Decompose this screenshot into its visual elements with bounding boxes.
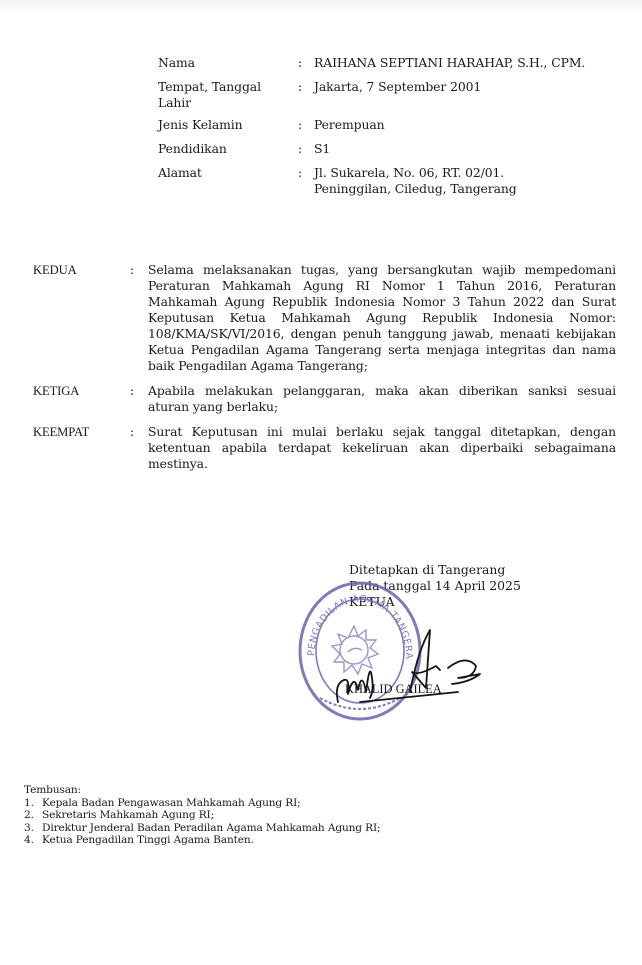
identity-label: Nama xyxy=(158,55,298,71)
list-item: 2. Sekretaris Mahkamah Agung RI; xyxy=(24,809,380,822)
clause-kedua: KEDUA : Selama melaksanakan tugas, yang … xyxy=(33,262,616,374)
signature-place: Ditetapkan di Tangerang xyxy=(349,562,609,578)
list-item: 1. Kepala Badan Pengawasan Mahkamah Agun… xyxy=(24,797,380,810)
identity-label: Jenis Kelamin xyxy=(158,117,298,133)
list-text: Kepala Badan Pengawasan Mahkamah Agung R… xyxy=(42,797,301,810)
list-item: 3. Direktur Jenderal Badan Peradilan Aga… xyxy=(24,822,380,835)
identity-label: Alamat xyxy=(158,165,298,197)
signer-name: KHALID GAILEA xyxy=(345,682,442,697)
signature-scribble-icon xyxy=(330,620,500,720)
clause-text: Apabila melakukan pelanggaran, maka akan… xyxy=(148,383,616,415)
clause-text: Selama melaksanakan tugas, yang bersangk… xyxy=(148,262,616,374)
clause-separator: : xyxy=(130,262,148,374)
identity-row-alamat: Alamat : Jl. Sukarela, No. 06, RT. 02/01… xyxy=(158,165,598,197)
identity-value: Jakarta, 7 September 2001 xyxy=(314,79,598,111)
list-number: 3. xyxy=(24,822,42,835)
clause-key: KEDUA xyxy=(33,262,130,374)
decision-clauses: KEDUA : Selama melaksanakan tugas, yang … xyxy=(33,262,616,481)
identity-row-jenis-kelamin: Jenis Kelamin : Perempuan xyxy=(158,117,598,133)
list-text: Ketua Pengadilan Tinggi Agama Banten. xyxy=(42,834,254,847)
list-text: Direktur Jenderal Badan Peradilan Agama … xyxy=(42,822,380,835)
identity-value: Jl. Sukarela, No. 06, RT. 02/01. Peningg… xyxy=(314,165,549,197)
list-number: 1. xyxy=(24,797,42,810)
clause-separator: : xyxy=(130,424,148,472)
list-item: 4. Ketua Pengadilan Tinggi Agama Banten. xyxy=(24,834,380,847)
list-number: 2. xyxy=(24,809,42,822)
clause-key: KEEMPAT xyxy=(33,424,130,472)
tembusan-list: 1. Kepala Badan Pengawasan Mahkamah Agun… xyxy=(24,797,380,847)
identity-value: S1 xyxy=(314,141,598,157)
identity-label: Tempat, Tanggal Lahir xyxy=(158,79,286,111)
identity-separator: : xyxy=(298,141,314,157)
clause-separator: : xyxy=(130,383,148,415)
identity-value: Perempuan xyxy=(314,117,598,133)
clause-key: KETIGA xyxy=(33,383,130,415)
identity-row-ttl: Tempat, Tanggal Lahir : Jakarta, 7 Septe… xyxy=(158,79,598,111)
tembusan-block: Tembusan: 1. Kepala Badan Pengawasan Mah… xyxy=(24,784,380,847)
clause-ketiga: KETIGA : Apabila melakukan pelanggaran, … xyxy=(33,383,616,415)
list-text: Sekretaris Mahkamah Agung RI; xyxy=(42,809,214,822)
identity-separator: : xyxy=(298,165,314,197)
identity-separator: : xyxy=(298,79,314,111)
identity-block: Nama : RAIHANA SEPTIANI HARAHAP, S.H., C… xyxy=(158,55,598,197)
identity-separator: : xyxy=(298,55,314,71)
identity-label: Pendidikan xyxy=(158,141,298,157)
document-page: Nama : RAIHANA SEPTIANI HARAHAP, S.H., C… xyxy=(0,0,642,965)
list-number: 4. xyxy=(24,834,42,847)
tembusan-title: Tembusan: xyxy=(24,784,380,797)
identity-row-nama: Nama : RAIHANA SEPTIANI HARAHAP, S.H., C… xyxy=(158,55,598,71)
clause-text: Surat Keputusan ini mulai berlaku sejak … xyxy=(148,424,616,472)
identity-value: RAIHANA SEPTIANI HARAHAP, S.H., CPM. xyxy=(314,55,598,71)
clause-keempat: KEEMPAT : Surat Keputusan ini mulai berl… xyxy=(33,424,616,472)
identity-separator: : xyxy=(298,117,314,133)
identity-row-pendidikan: Pendidikan : S1 xyxy=(158,141,598,157)
